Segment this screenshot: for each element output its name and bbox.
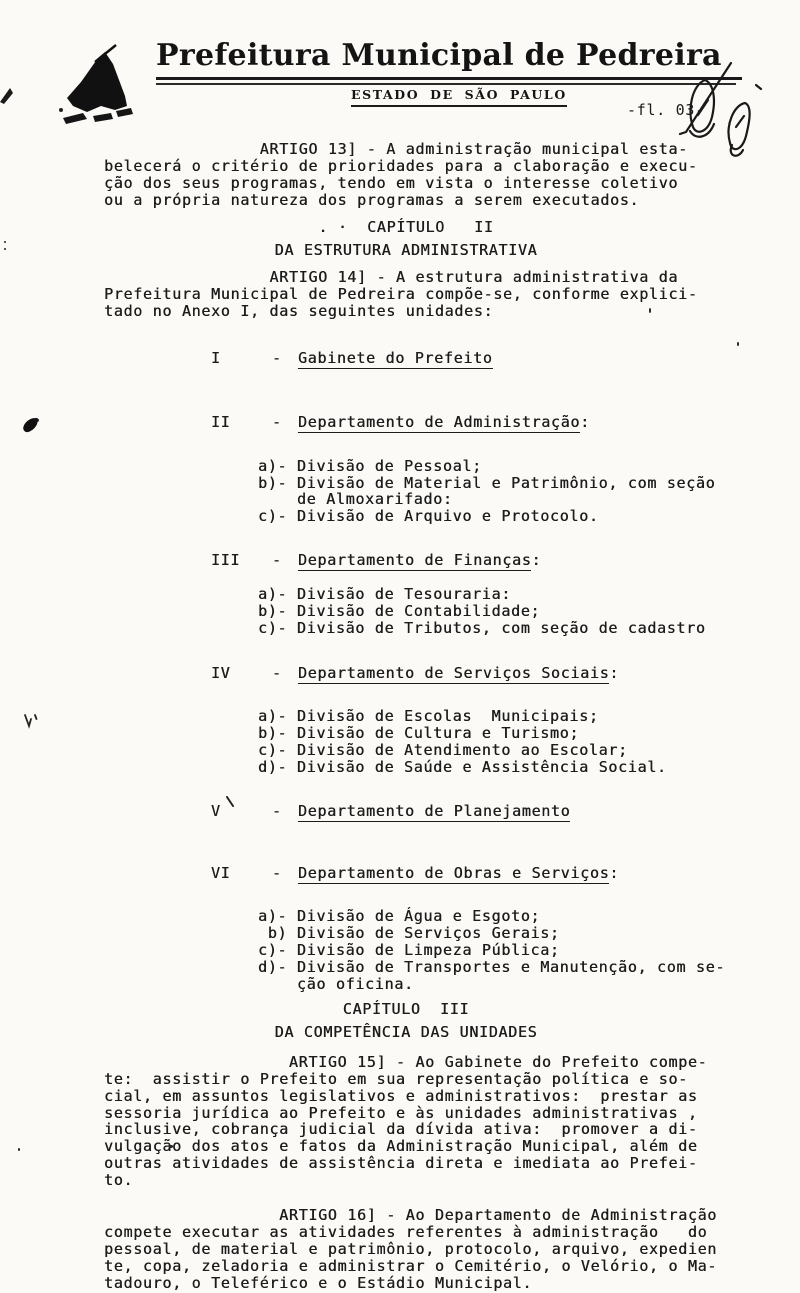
unit-4-subdivisions: a)- Divisão de Escolas Municipais; b)- D…	[104, 708, 744, 776]
unit-roman-numeral: III	[143, 552, 272, 569]
handwritten-tick-icon	[22, 712, 38, 730]
article-16-paragraph: ARTIGO 16] - Ao Departamento de Administ…	[104, 1207, 744, 1292]
article-14-paragraph: ARTIGO 14] - A estrutura administrativa …	[104, 269, 744, 320]
title-rule-bottom	[156, 83, 736, 85]
unit-roman-numeral: I	[143, 350, 272, 367]
structure-unit-5: V-Departamento de Planejamento	[104, 786, 744, 837]
unit-roman-numeral: II	[143, 414, 272, 431]
unit-title: Departamento de Administração	[298, 413, 580, 433]
unit-colon: :	[580, 413, 590, 431]
structure-unit-3: III-Departamento de Finanças:	[104, 535, 744, 586]
chapter-3-title: DA COMPETÊNCIA DAS UNIDADES	[104, 1024, 708, 1041]
page-title: Prefeitura Municipal de Pedreira	[156, 38, 722, 73]
unit-dash: -	[272, 865, 298, 882]
speck-mark	[170, 1145, 173, 1148]
structure-unit-6: VI-Departamento de Obras e Serviços:	[104, 848, 744, 899]
unit-3-subdivisions: a)- Divisão de Tesouraria: b)- Divisão d…	[104, 586, 744, 637]
unit-colon: :	[609, 664, 619, 682]
structure-unit-2: II-Departamento de Administração:	[104, 397, 744, 448]
margin-arrow-mark-icon	[0, 85, 16, 105]
unit-6-subdivisions: a)- Divisão de Água e Esgoto; b) Divisão…	[104, 908, 744, 993]
unit-2-subdivisions: a)- Divisão de Pessoal; b)- Divisão de M…	[104, 458, 744, 526]
speck-mark	[4, 241, 6, 243]
unit-dash: -	[272, 552, 298, 569]
unit-dash: -	[272, 414, 298, 431]
speck-mark	[4, 248, 6, 250]
unit-dash: -	[272, 350, 298, 367]
unit-title: Departamento de Serviços Sociais	[298, 664, 609, 684]
structure-unit-4: IV-Departamento de Serviços Sociais:	[104, 648, 744, 699]
unit-title: Departamento de Finanças	[298, 551, 532, 571]
unit-colon: :	[531, 551, 541, 569]
structure-unit-1: I-Gabinete do Prefeito	[104, 333, 744, 384]
state-subtitle: ESTADO DE SÃO PAULO	[351, 87, 567, 107]
chapter-2-heading: . · CAPÍTULO II	[104, 219, 708, 236]
unit-title: Gabinete do Prefeito	[298, 349, 493, 369]
document-body: ARTIGO 13] - A administração municipal e…	[104, 141, 744, 1292]
speck-mark	[737, 342, 739, 346]
unit-title: Departamento de Planejamento	[298, 802, 570, 822]
chapter-3-heading: CAPÍTULO III	[104, 1001, 708, 1018]
unit-roman-numeral: IV	[143, 665, 272, 682]
unit-roman-numeral: VI	[143, 865, 272, 882]
stray-stroke-icon	[225, 796, 235, 808]
municipal-crest-icon	[55, 40, 140, 140]
article-15-paragraph: ARTIGO 15] - Ao Gabinete do Prefeito com…	[104, 1054, 744, 1189]
unit-dash: -	[272, 803, 298, 820]
unit-colon: :	[609, 864, 619, 882]
unit-title: Departamento de Obras e Serviços	[298, 864, 609, 884]
chapter-2-title: DA ESTRUTURA ADMINISTRATIVA	[104, 242, 708, 259]
speck-mark	[649, 308, 651, 313]
speck-mark	[18, 1148, 20, 1151]
unit-dash: -	[272, 665, 298, 682]
article-13-paragraph: ARTIGO 13] - A administração municipal e…	[104, 141, 744, 209]
unit-roman-numeral: V	[143, 803, 272, 820]
